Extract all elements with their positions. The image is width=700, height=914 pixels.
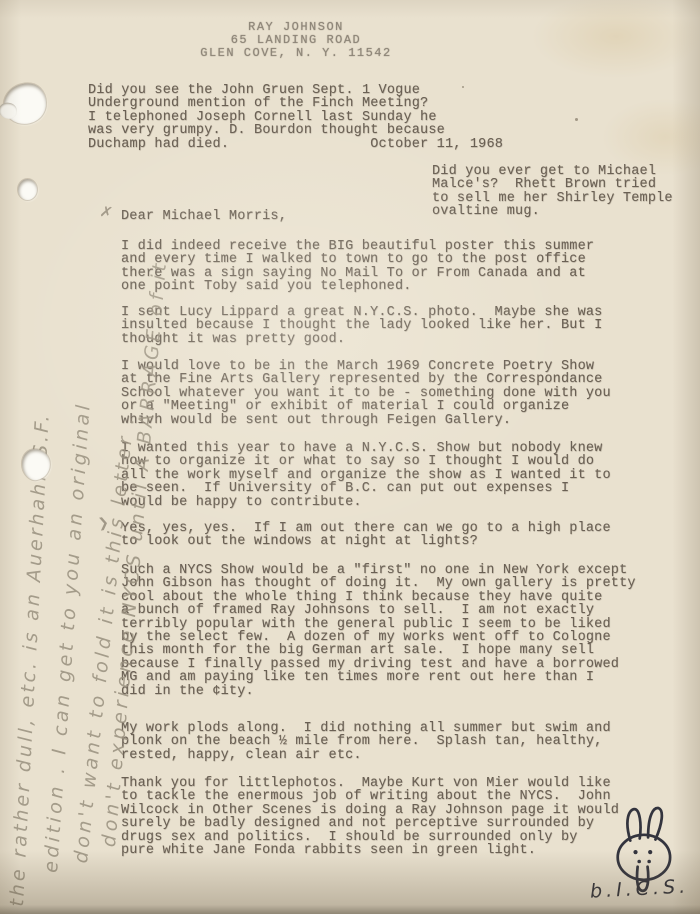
letterhead-stamp: RAY JOHNSON 65 LANDING ROAD GLEN COVE, N…	[178, 21, 414, 60]
typed-note-top-left: Did you see the John Gruen Sept. 1 Vogue…	[88, 84, 503, 151]
pencil-mark: ❯	[97, 515, 110, 531]
paragraph-6: Such a NYCS Show would be a "first" no o…	[121, 564, 636, 698]
paragraph-1: I did indeed receive the BIG beautiful p…	[121, 240, 594, 294]
paragraph-4: I wanted this year to have a N.Y.C.S. Sh…	[121, 442, 611, 509]
scanned-letter-page: RAY JOHNSON 65 LANDING ROAD GLEN COVE, N…	[0, 0, 700, 914]
pencil-mark: ✗	[98, 202, 114, 222]
paper-speck	[575, 118, 578, 121]
handwritten-signature: b.I.C.S.	[589, 875, 689, 902]
paragraph-3: I would love to be in the March 1969 Con…	[121, 360, 611, 427]
paragraph-2: I sent Lucy Lippard a great N.Y.C.S. pho…	[121, 306, 602, 346]
paragraph-8: Thank you for littlephotos. Maybe Kurt v…	[121, 777, 619, 857]
paper-speck	[462, 86, 464, 88]
typed-note-right: Did you ever get to Michael Malce's? Rhe…	[432, 165, 673, 219]
paragraph-5: Yes, yes, yes. If I am out there can we …	[121, 522, 611, 549]
punch-hole	[18, 179, 37, 200]
torn-punch-hole	[1, 80, 48, 126]
paragraph-7: My work plods along. I did nothing all s…	[121, 722, 611, 762]
salutation: Dear Michael Morris,	[121, 210, 287, 223]
